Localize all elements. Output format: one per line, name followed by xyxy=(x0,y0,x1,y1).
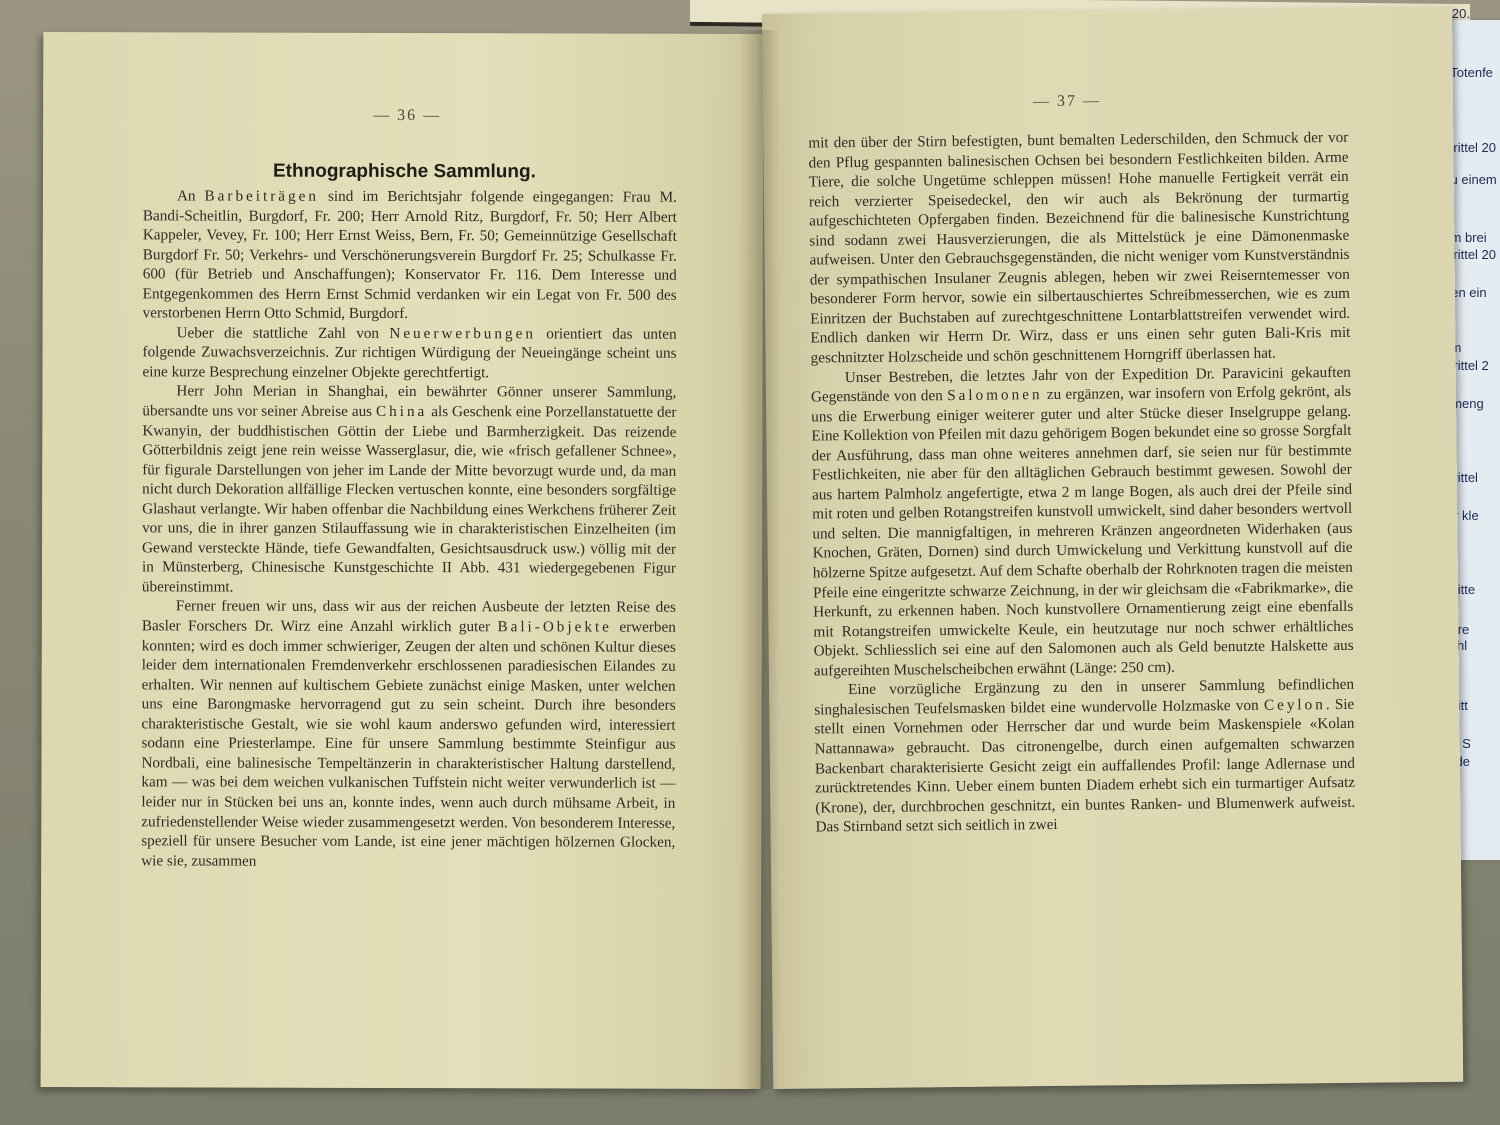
paragraph: Ueber die stattliche Zahl von Neuerwerbu… xyxy=(142,323,676,383)
emphasized-term: Barbeiträgen xyxy=(205,187,319,204)
text-run: An xyxy=(177,187,205,204)
emphasized-term: Salomonen xyxy=(947,386,1043,404)
text-run: zu ergänzen, war insofern von Erfolg gek… xyxy=(811,383,1354,679)
body-text: An Barbeiträgen sind im Berichtsjahr fol… xyxy=(141,186,677,872)
text-run: als Geschenk eine Porzellanstatuette der… xyxy=(142,403,677,595)
paragraph: An Barbeiträgen sind im Berichtsjahr fol… xyxy=(143,186,677,324)
paragraph: Unser Bestreben, die letztes Jahr von de… xyxy=(811,362,1354,680)
page-number: — 37 — xyxy=(1033,92,1101,111)
section-heading: Ethnographische Sammlung. xyxy=(273,161,536,184)
page-number: — 36 — xyxy=(373,107,441,125)
paragraph: Herr John Merian in Shanghai, ein bewähr… xyxy=(142,382,677,598)
text-run: Ueber die stattliche Zahl von xyxy=(177,324,390,342)
right-page: — 37 — mit den über der Stirn befestigte… xyxy=(762,7,1463,1089)
body-text: mit den über der Stirn befestigten, bunt… xyxy=(808,128,1355,837)
emphasized-term: Neuerwerbungen xyxy=(389,325,536,342)
emphasized-term: China xyxy=(376,403,427,420)
text-run: sind im Berichtsjahr folgende eingegange… xyxy=(143,188,677,323)
left-page: — 36 — Ethnographische Sammlung. An Barb… xyxy=(41,32,764,1089)
paragraph: Eine vorzügliche Ergänzung zu den in uns… xyxy=(814,675,1356,837)
paragraph: mit den über der Stirn befestigten, bunt… xyxy=(808,128,1350,368)
text-run: mit den über der Stirn befestigten, bunt… xyxy=(808,129,1350,367)
paragraph: Ferner freuen wir uns, dass wir aus der … xyxy=(141,597,676,872)
emphasized-term: Bali-Objekte xyxy=(497,618,611,635)
text-run: erwerben konnten; wird es doch immer sch… xyxy=(141,619,676,870)
emphasized-term: Ceylon xyxy=(1264,696,1326,714)
